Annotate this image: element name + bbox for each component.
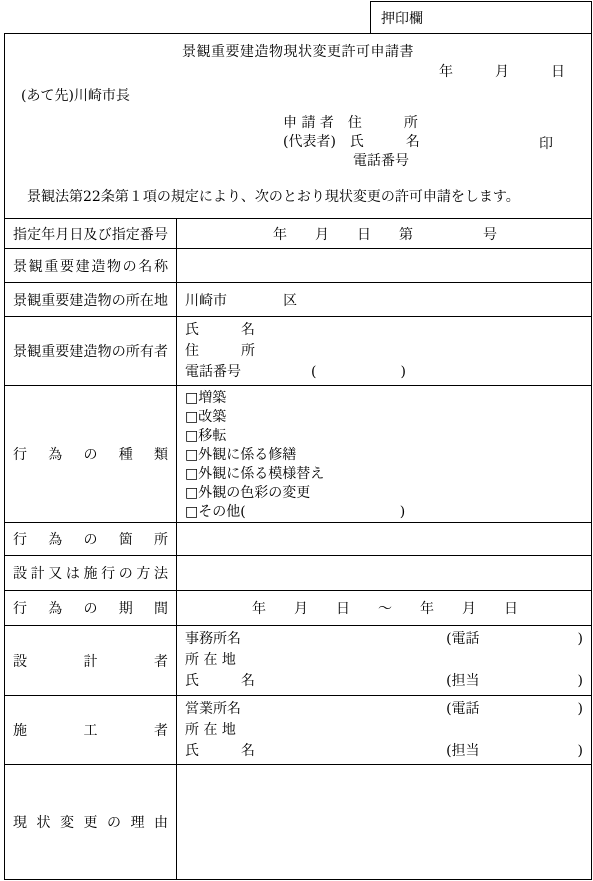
contractor-name-label: 氏 名 [185,741,255,762]
seal-mark: 印 [539,133,553,153]
table-row-act-place: 行為の箇所 [5,523,592,556]
statement-line: 景観法第22条第１項の規定により、次のとおり現状変更の許可申請をします。 [5,187,591,207]
act-type-label: 行為の種類 [5,386,177,523]
table-row-contractor: 施工者 営業所名 (電話 ) 所 在 地 氏 名 (担当 ) [5,696,592,765]
checkbox-exterior-repair[interactable]: □外観に係る修繕 [185,446,585,465]
designation-value-field[interactable]: 年 月 日 第 号 [177,219,592,249]
date-line: 年 月 日 [5,62,591,82]
application-form-page: 押印欄 景観重要建造物現状変更許可申請書 年 月 日 (あて先)川崎市長 申 請… [0,0,593,881]
table-row-act-type: 行為の種類 □増築 □改築 □移転 □外観に係る修繕 □外観に係る模様替え □外… [5,386,592,523]
building-location-field[interactable]: 川崎市 区 [177,283,592,317]
form-body: 景観重要建造物現状変更許可申請書 年 月 日 (あて先)川崎市長 申 請 者 住… [4,33,592,880]
table-row-owner: 景観重要建造物の所有者 氏 名 住 所 電話番号 ( ) [5,317,592,386]
owner-label: 景観重要建造物の所有者 [5,317,177,386]
table-row-reason: 現状変更の理由 [5,765,592,880]
designer-address-label: 所 在 地 [185,650,236,671]
checkbox-expansion[interactable]: □増築 [185,389,585,408]
method-field[interactable] [177,556,592,591]
application-table: 指定年月日及び指定番号 年 月 日 第 号 景観重要建造物の名称 景観重要建造物… [4,218,592,880]
checkbox-reconstruction[interactable]: □改築 [185,408,585,427]
contractor-office-line: 営業所名 (電話 ) [185,699,585,720]
designer-address-line: 所 在 地 [185,650,585,671]
owner-name-line: 氏 名 [185,320,585,341]
designer-name-label: 氏 名 [185,671,255,692]
designer-phone-label: (電話 ) [446,629,583,650]
checkbox-other[interactable]: □その他( ) [185,503,585,522]
designer-office-line: 事務所名 (電話 ) [185,629,585,650]
table-row-building-name: 景観重要建造物の名称 [5,249,592,283]
contractor-contact-label: (担当 ) [446,741,583,762]
seal-box: 押印欄 [370,1,592,34]
contractor-office-label: 営業所名 [185,699,241,720]
building-name-field[interactable] [177,249,592,283]
table-row-building-location: 景観重要建造物の所在地 川崎市 区 [5,283,592,317]
applicant-block: 申 請 者 住 所 (代表者) 氏 名 電話番号 印 [5,114,591,171]
contractor-address-label: 所 在 地 [185,720,236,741]
contractor-label: 施工者 [5,696,177,765]
period-field[interactable]: 年 月 日 ～ 年 月 日 [177,591,592,626]
table-row-period: 行為の期間 年 月 日 ～ 年 月 日 [5,591,592,626]
addressee: (あて先)川崎市長 [5,86,591,106]
building-name-label: 景観重要建造物の名称 [5,249,177,283]
reason-field[interactable] [177,765,592,880]
table-row-method: 設計又は施行の方法 [5,556,592,591]
owner-address-line: 住 所 [185,341,585,362]
checkbox-color-change[interactable]: □外観の色彩の変更 [185,484,585,503]
form-header: 景観重要建造物現状変更許可申請書 年 月 日 (あて先)川崎市長 申 請 者 住… [4,33,592,218]
designer-contact-label: (担当 ) [446,671,583,692]
checkbox-exterior-remodel[interactable]: □外観に係る模様替え [185,465,585,484]
owner-phone-line: 電話番号 ( ) [185,362,585,383]
building-location-label: 景観重要建造物の所在地 [5,283,177,317]
period-label: 行為の期間 [5,591,177,626]
reason-label: 現状変更の理由 [5,765,177,880]
designer-name-line: 氏 名 (担当 ) [185,671,585,692]
applicant-address-line: 申 請 者 住 所 [283,114,591,133]
designer-field[interactable]: 事務所名 (電話 ) 所 在 地 氏 名 (担当 ) [177,626,592,696]
form-title: 景観重要建造物現状変更許可申請書 [5,42,591,62]
act-place-field[interactable] [177,523,592,556]
designation-label: 指定年月日及び指定番号 [5,219,177,249]
checkbox-relocation[interactable]: □移転 [185,427,585,446]
table-row-designer: 設計者 事務所名 (電話 ) 所 在 地 氏 名 (担当 ) [5,626,592,696]
act-place-label: 行為の箇所 [5,523,177,556]
table-row-designation: 指定年月日及び指定番号 年 月 日 第 号 [5,219,592,249]
act-type-field: □増築 □改築 □移転 □外観に係る修繕 □外観に係る模様替え □外観の色彩の変… [177,386,592,523]
seal-box-label: 押印欄 [381,8,423,28]
method-label: 設計又は施行の方法 [5,556,177,591]
owner-field[interactable]: 氏 名 住 所 電話番号 ( ) [177,317,592,386]
applicant-phone-line: 電話番号 [283,152,591,171]
contractor-address-line: 所 在 地 [185,720,585,741]
contractor-phone-label: (電話 ) [446,699,583,720]
designer-label: 設計者 [5,626,177,696]
contractor-name-line: 氏 名 (担当 ) [185,741,585,762]
contractor-field[interactable]: 営業所名 (電話 ) 所 在 地 氏 名 (担当 ) [177,696,592,765]
designer-office-label: 事務所名 [185,629,241,650]
